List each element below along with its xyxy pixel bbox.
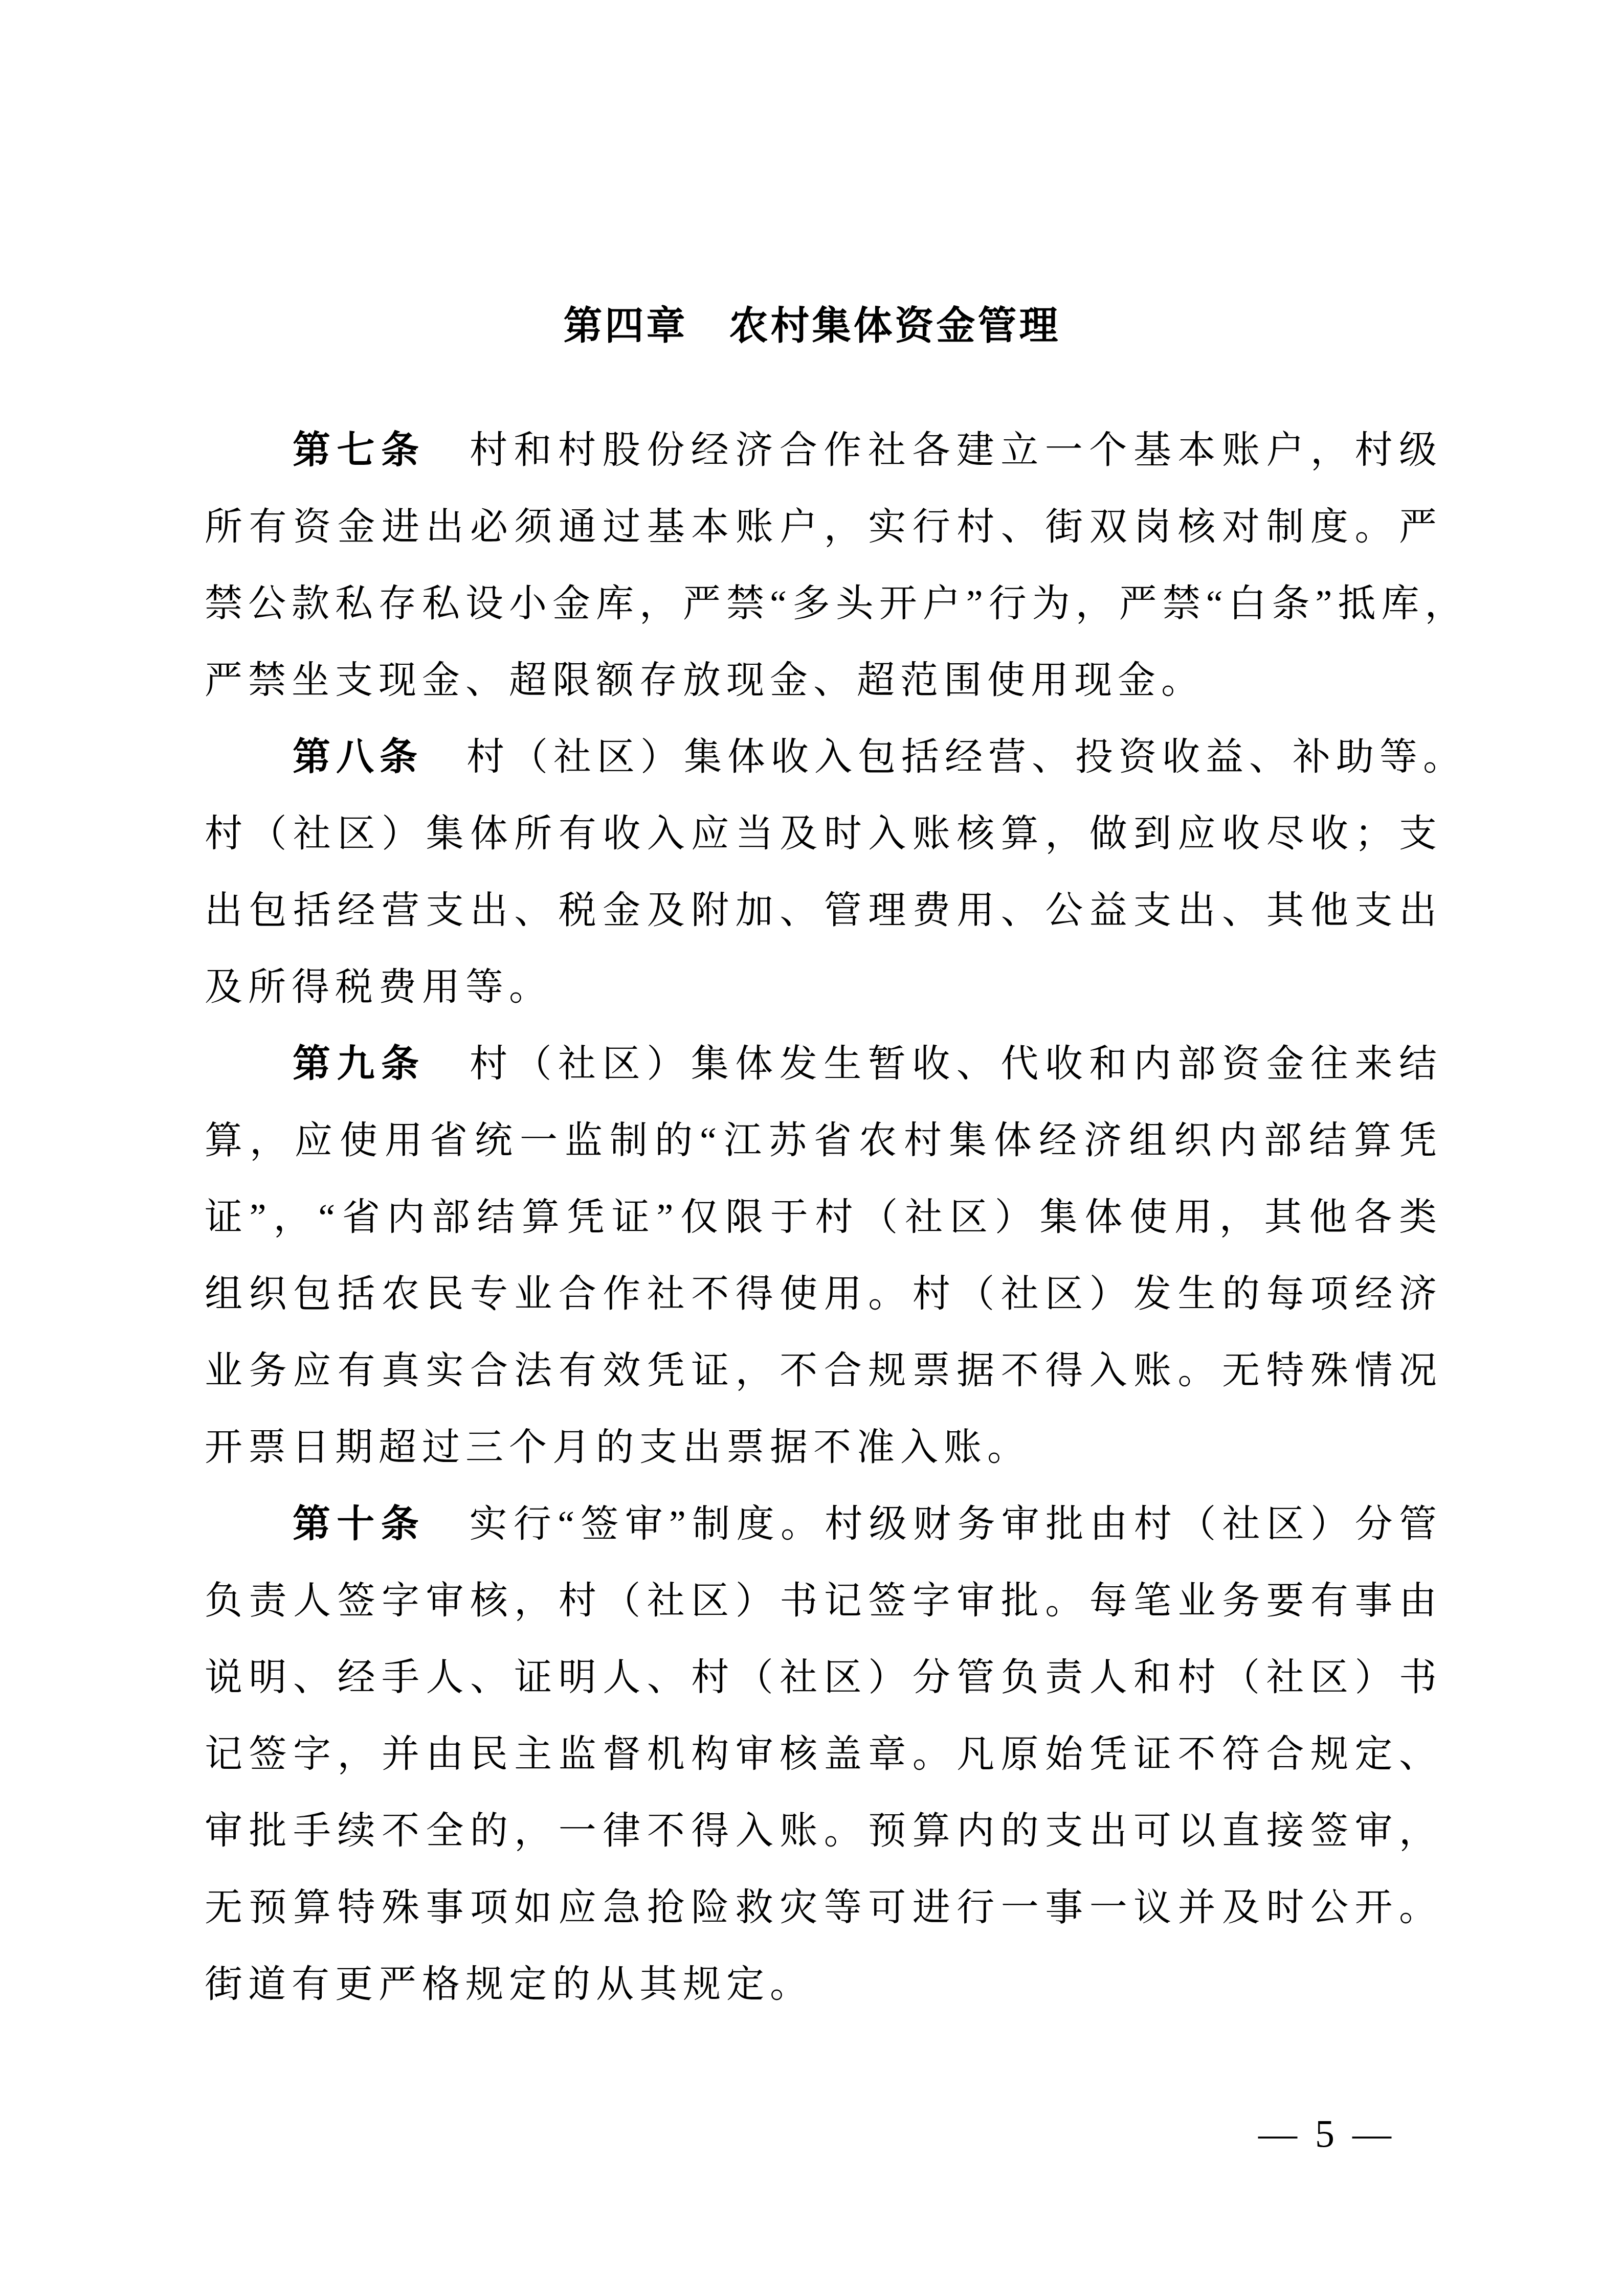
document-body: 第七条 村和村股份经济合作社各建立一个基本账户，村级 所有资金进出必须通过基本账…	[205, 412, 1442, 2023]
text-line: 业务应有真实合法有效凭证，不合规票据不得入账。无特殊情况	[205, 1333, 1442, 1409]
text-run: 村（社区）集体收入包括经营、投资收益、补助等。	[423, 736, 1466, 778]
text-line: 第十条 实行“签审”制度。村级财务审批由村（社区）分管	[205, 1486, 1442, 1563]
text-line: 无预算特殊事项如应急抢险救灾等可进行一事一议并及时公开。	[205, 1870, 1442, 1946]
text-run: 村（社区）集体发生暂收、代收和内部资金往来结	[426, 1043, 1442, 1085]
text-line: 第八条 村（社区）集体收入包括经营、投资收益、补助等。	[205, 719, 1442, 796]
text-line: 第九条 村（社区）集体发生暂收、代收和内部资金往来结	[205, 1026, 1442, 1102]
text-run: 实行“签审”制度。村级财务审批由村（社区）分管	[425, 1503, 1442, 1545]
text-line: 第七条 村和村股份经济合作社各建立一个基本账户，村级	[205, 412, 1442, 489]
text-line: 负责人签字审核，村（社区）书记签字审批。每笔业务要有事由	[205, 1563, 1442, 1639]
text-line: 村（社区）集体所有收入应当及时入账核算，做到应收尽收；支	[205, 796, 1442, 872]
text-line: 街道有更严格规定的从其规定。	[205, 1946, 1442, 2023]
text-line: 审批手续不全的，一律不得入账。预算内的支出可以直接签审，	[205, 1793, 1442, 1870]
text-line: 记签字，并由民主监督机构审核盖章。凡原始凭证不符合规定、	[205, 1716, 1442, 1793]
text-line: 出包括经营支出、税金及附加、管理费用、公益支出、其他支出	[205, 872, 1442, 949]
article-number: 第八条	[293, 736, 423, 778]
article-7-paragraph: 第七条 村和村股份经济合作社各建立一个基本账户，村级 所有资金进出必须通过基本账…	[205, 412, 1442, 719]
article-9-paragraph: 第九条 村（社区）集体发生暂收、代收和内部资金往来结 算，应使用省统一监制的“江…	[205, 1026, 1442, 1486]
article-8-paragraph: 第八条 村（社区）集体收入包括经营、投资收益、补助等。 村（社区）集体所有收入应…	[205, 719, 1442, 1026]
text-line: 禁公款私存私设小金库，严禁“多头开户”行为，严禁“白条”抵库，	[205, 566, 1442, 642]
text-line: 所有资金进出必须通过基本账户，实行村、街双岗核对制度。严	[205, 489, 1442, 566]
text-line: 组织包括农民专业合作社不得使用。村（社区）发生的每项经济	[205, 1256, 1442, 1333]
article-number: 第七条	[293, 430, 426, 471]
text-line: 严禁坐支现金、超限额存放现金、超范围使用现金。	[205, 642, 1442, 719]
chapter-title: 第四章 农村集体资金管理	[0, 301, 1624, 352]
article-10-paragraph: 第十条 实行“签审”制度。村级财务审批由村（社区）分管 负责人签字审核，村（社区…	[205, 1486, 1442, 2023]
article-number: 第九条	[293, 1043, 426, 1085]
article-number: 第十条	[293, 1503, 425, 1545]
text-line: 证”，“省内部结算凭证”仅限于村（社区）集体使用，其他各类	[205, 1179, 1442, 1256]
page-number: — 5 —	[1258, 2111, 1395, 2157]
document-page: 第四章 农村集体资金管理 第七条 村和村股份经济合作社各建立一个基本账户，村级 …	[0, 0, 1624, 2296]
text-run: 村和村股份经济合作社各建立一个基本账户，村级	[426, 430, 1442, 471]
text-line: 及所得税费用等。	[205, 949, 1442, 1026]
text-line: 说明、经手人、证明人、村（社区）分管负责人和村（社区）书	[205, 1639, 1442, 1716]
text-line: 开票日期超过三个月的支出票据不准入账。	[205, 1409, 1442, 1486]
text-line: 算，应使用省统一监制的“江苏省农村集体经济组织内部结算凭	[205, 1102, 1442, 1179]
